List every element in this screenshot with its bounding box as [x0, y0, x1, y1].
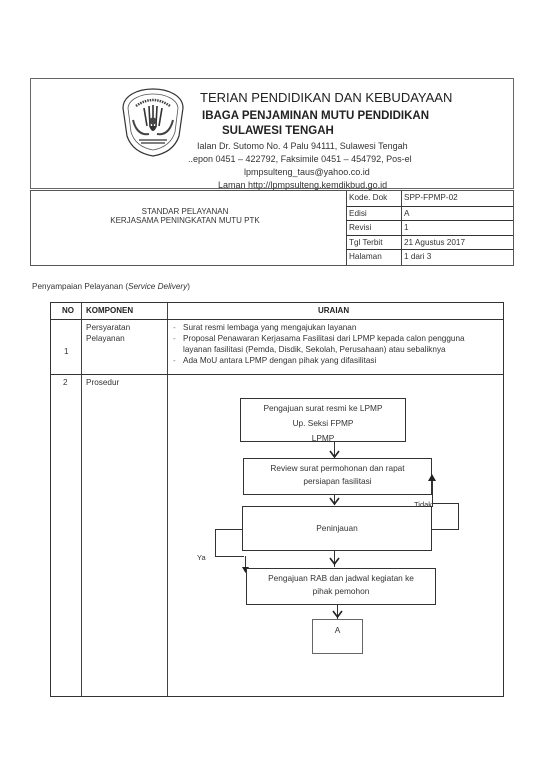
doc-info-label: Edisi [346, 206, 401, 221]
flow-connector-a: A [312, 619, 363, 654]
row2-no: 2 [63, 377, 68, 388]
institution-name: IBAGA PENJAMINAN MUTU PENDIDIKAN [202, 110, 429, 122]
doc-info-value: SPP-FPMP-02 [401, 191, 513, 206]
standard-title-line1: STANDAR PELAYANAN [30, 207, 340, 216]
flow-label-no: Tidak [414, 500, 432, 509]
arrow-down-icon [329, 497, 340, 506]
ministry-name: TERIAN PENDIDIKAN DAN KEBUDAYAAN [200, 90, 452, 105]
flow-step-review-decision: Peninjauan [242, 506, 432, 551]
doc-info-value: A [401, 206, 513, 221]
row2-komponen: Prosedur [86, 377, 119, 388]
doc-info-label: Tgl Terbit [346, 235, 401, 250]
row1-komponen-line1: Persyaratan [86, 322, 130, 333]
row1-komponen-line2: Pelayanan [86, 333, 125, 344]
row1-uraian-list: Surat resmi lembaga yang mengajukan laya… [173, 322, 503, 366]
header-no: NO [62, 306, 74, 315]
arrow-down-icon [332, 610, 343, 619]
arrow-down-icon [329, 557, 340, 566]
doc-info-label: Kode. Dok [346, 191, 401, 206]
doc-info-label: Halaman [346, 249, 401, 264]
uraian-item: Proposal Penawaran Kerjasama Fasilitasi … [173, 333, 503, 355]
header-uraian: URAIAN [318, 306, 349, 315]
region-name: SULAWESI TENGAH [222, 125, 334, 137]
address-line: Ialan Dr. Sutomo No. 4 Palu 94111, Sulaw… [197, 141, 408, 151]
email-line: lpmpsulteng_taus@yahoo.co.id [244, 167, 370, 177]
header-komponen: KOMPONEN [86, 306, 133, 315]
tut-wuri-handayani-logo [119, 86, 187, 158]
uraian-item: Surat resmi lembaga yang mengajukan laya… [173, 322, 503, 333]
section-caption: Penyampaian Pelayanan (Service Delivery) [32, 282, 190, 291]
flow-step-submit-letter: Pengajuan surat resmi ke LPMP Up. Seksi … [240, 398, 406, 442]
doc-info-value: 21 Agustus 2017 [401, 235, 513, 250]
flow-step-review: Review surat permohonan dan rapat persia… [243, 458, 432, 495]
doc-info-value: 1 [401, 220, 513, 235]
uraian-item: Ada MoU antara LPMP dengan pihak yang di… [173, 355, 503, 366]
row1-no: 1 [64, 346, 69, 357]
doc-info-label: Revisi [346, 220, 401, 235]
website-line: Laman http://lpmpsulteng.kemdikbud.go.id [218, 180, 387, 190]
standard-title-line2: KERJASAMA PENINGKATAN MUTU PTK [30, 216, 340, 225]
doc-info-value: 1 dari 3 [401, 249, 513, 264]
flow-step-submit-rab: Pengajuan RAB dan jadwal kegiatan ke pih… [246, 568, 436, 605]
flow-label-yes: Ya [197, 553, 206, 562]
phone-line: ..epon 0451 – 422792, Faksimile 0451 – 4… [188, 154, 412, 164]
arrow-up-icon [428, 474, 436, 481]
